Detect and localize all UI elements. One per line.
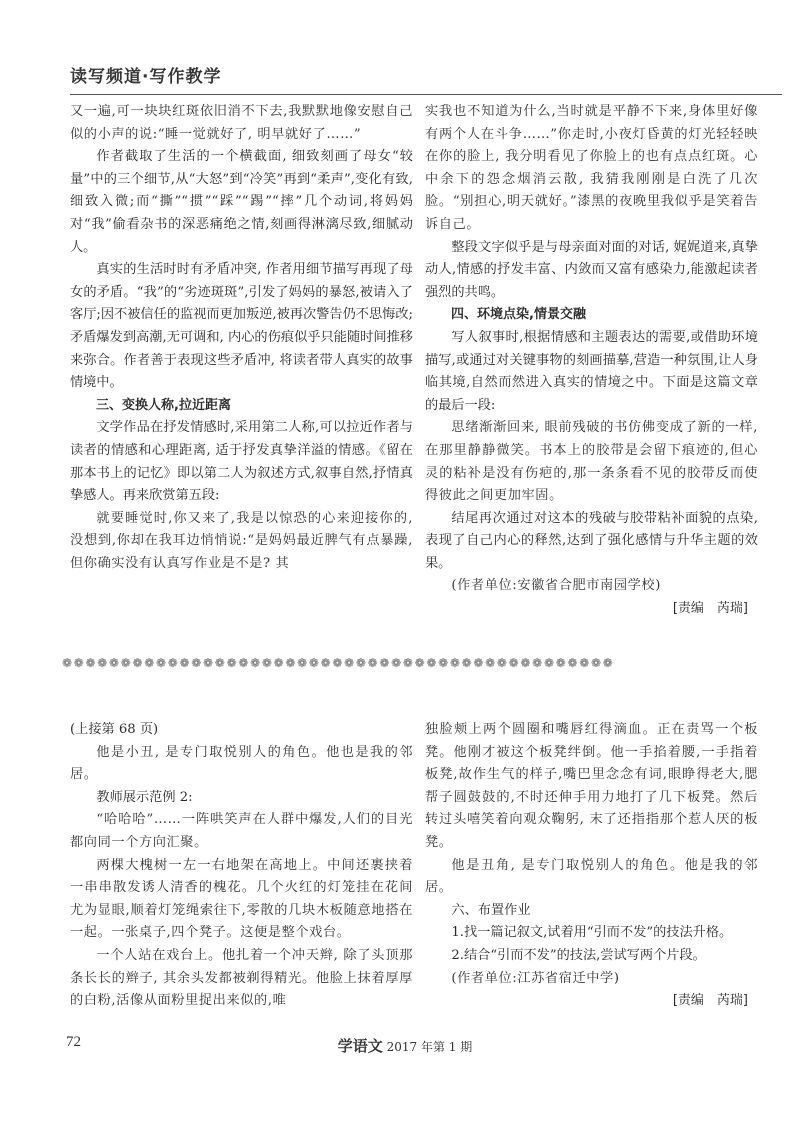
- section-heading: 三、变换人称,拉近距离: [70, 395, 413, 418]
- paragraph: 结尾再次通过对这本的残破与胶带粘补面貌的点染,表现了自己内心的释然,达到了强化感…: [425, 508, 758, 576]
- quoted-paragraph-continued: 实我也不知道为什么,当时就是平静不下来,身体里好像有两个人在斗争……”你走时,小…: [425, 101, 758, 237]
- editor-credit: [责编 芮瑞]: [425, 990, 758, 1012]
- quoted-paragraph: 思绪渐渐回来, 眼前残破的书仿佛变成了新的一样, 在那里静静微笑。书本上的胶带是…: [425, 417, 758, 507]
- section-divider: ❁❁❁❁❁❁❁❁❁❁❁❁❁❁❁❁❁❁❁❁❁❁❁❁❁❁❁❁❁❁❁❁❁❁❁❁❁❁❁❁…: [62, 656, 762, 670]
- paragraph: 作者截取了生活的一个横截面, 细致刻画了母女“较量”中的三个细节,从“大怒”到“…: [70, 146, 413, 259]
- article-top-right-column: 实我也不知道为什么,当时就是平静不下来,身体里好像有两个人在斗争……”你走时,小…: [425, 101, 758, 620]
- issue-label: 2017 年第 1 期: [387, 1040, 473, 1054]
- continuation-note: (上接第 68 页): [70, 719, 413, 742]
- quoted-paragraph: 一个人站在戏台上。他扎着一个冲天辫, 除了头顶那条长长的辫子, 其余头发都被剃得…: [70, 945, 413, 1013]
- quoted-paragraph: “哈哈哈”……一阵哄笑声在人群中爆发,人们的目光都向同一个方向汇聚。: [70, 809, 413, 854]
- magazine-name: 学语文: [338, 1037, 383, 1055]
- paragraph: 整段文字似乎是与母亲面对面的对话, 娓娓道来,真挚动人,情感的抒发丰富、内敛而又…: [425, 237, 758, 305]
- quoted-paragraph: (作者单位:江苏省宿迁中学): [425, 968, 758, 991]
- article-top-left-column: 又一遍,可一块块红斑依旧消不下去,我默默地像安慰自己似的小声的说:“睡一觉就好了…: [70, 101, 413, 575]
- article-bottom-right-column: 独脸颊上两个圆圈和嘴唇红得滴血。正在责骂一个板凳。他刚才被这个板凳绊倒。他一手掐…: [425, 719, 758, 1012]
- quoted-paragraph: (作者单位:安徽省合肥市南园学校): [425, 575, 758, 598]
- section-heading: 四、环境点染,情景交融: [425, 304, 758, 327]
- paragraph: 教师展示范例 2:: [70, 787, 413, 810]
- quoted-paragraph-continued: 又一遍,可一块块红斑依旧消不下去,我默默地像安慰自己似的小声的说:“睡一觉就好了…: [70, 101, 413, 146]
- magazine-footer: 学语文 2017 年第 1 期: [255, 1035, 555, 1056]
- paragraph: 2.结合“引而不发”的技法,尝试写两个片段。: [425, 945, 758, 968]
- quoted-paragraph: 他是小丑, 是专门取悦别人的角色。他也是我的邻居。: [70, 742, 413, 787]
- page-header: 读写频道·写作教学: [70, 66, 770, 88]
- paragraph: 真实的生活时时有矛盾冲突, 作者用细节描写再现了母女的矛盾。“我”的“劣迹斑斑”…: [70, 259, 413, 395]
- section-title: 读写频道·写作教学: [70, 66, 770, 88]
- editor-credit: [责编 芮瑞]: [425, 598, 758, 620]
- paragraph: 六、布置作业: [425, 900, 758, 923]
- quoted-paragraph: 两棵大槐树一左一右地架在高地上。中间还裹挟着一串串散发诱人清香的槐花。几个火红的…: [70, 855, 413, 945]
- header-rule: [70, 94, 782, 95]
- quoted-paragraph: 他是丑角, 是专门取悦别人的角色。他是我的邻居。: [425, 855, 758, 900]
- paragraph: 1.找一篇记叙文,试着用“引而不发”的技法升格。: [425, 922, 758, 945]
- quoted-paragraph: 就要睡觉时,你又来了,我是以惊恐的心来迎接你的,没想到,你却在我耳边悄悄说:“是…: [70, 508, 413, 576]
- paragraph: 写人叙事时,根据情感和主题表达的需要,或借助环境描写,或通过对关键事物的刻画描摹…: [425, 327, 758, 417]
- article-bottom-left-column: (上接第 68 页)他是小丑, 是专门取悦别人的角色。他也是我的邻居。教师展示范…: [70, 719, 413, 1013]
- paragraph: 文学作品在抒发情感时,采用第二人称,可以拉近作者与读者的情感和心理距离, 适于抒…: [70, 417, 413, 507]
- page-number: 72: [66, 1034, 81, 1051]
- quoted-paragraph-continued: 独脸颊上两个圆圈和嘴唇红得滴血。正在责骂一个板凳。他刚才被这个板凳绊倒。他一手掐…: [425, 719, 758, 855]
